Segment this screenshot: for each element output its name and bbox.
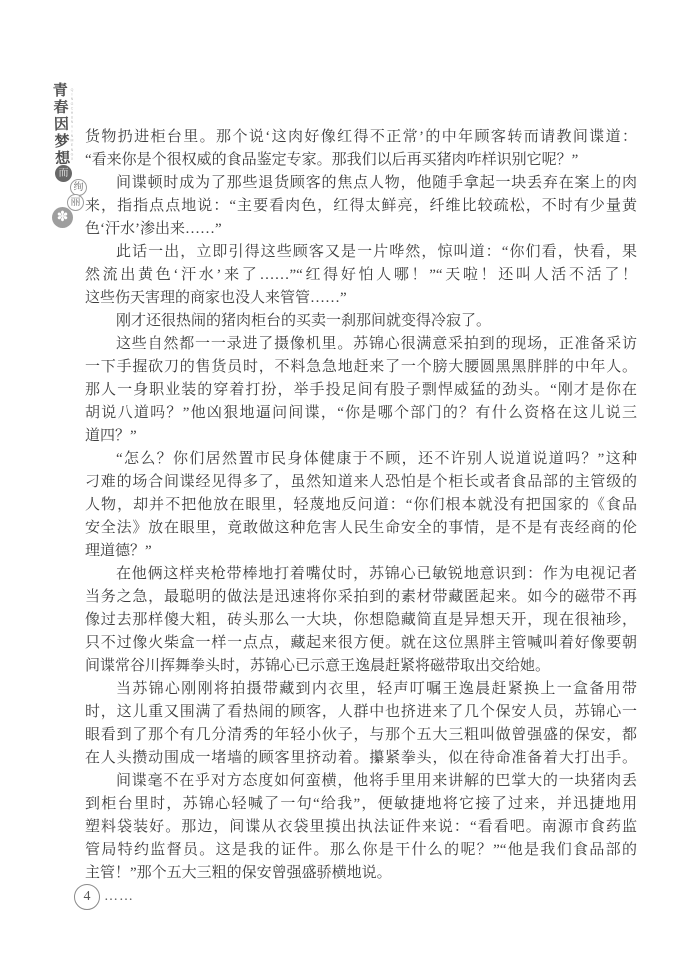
text-line: 当苏锦心刚刚将拍摄带藏到内衣里，轻声叮嘱王逸晨赶紧换上一盒备用带 — [85, 678, 637, 701]
text-line: 刚才还很热闹的猪肉柜台的买卖一刹那间就变得冷寂了。 — [85, 310, 637, 333]
text-line: 主管！”那个五大三粗的保安曾强盛骄横地说。 — [85, 862, 637, 885]
book-page: 青春因梦想 QINGCHUNYINMENGXIANGERXUANLI 而 绚 丽… — [0, 0, 693, 969]
text-line: 道四？” — [85, 425, 637, 448]
text-line: 理道德？” — [85, 540, 637, 563]
logo-micro-text: QINGCHUNYINMENGXIANGERXUANLI — [70, 88, 74, 160]
text-line: 当务之急，最聪明的做法是迅速将你采拍到的素材带藏匿起来。如今的磁带不再 — [85, 586, 637, 609]
page-number-dots: …… — [104, 884, 134, 910]
logo-calligraphy-text: 青春因梦想 — [49, 82, 73, 168]
text-line: 间谍常谷川挥舞拳头时，苏锦心已示意王逸晨赶紧将磁带取出交给她。 — [85, 655, 637, 678]
text-line: 间谍毫不在乎对方态度如何蛮横，他将手里用来讲解的巴掌大的一块猪肉丢 — [85, 770, 637, 793]
text-line: 在人头攒动围成一堵墙的顾客里挤动着。攥紧拳头，似在待命准备着大打出手。 — [85, 747, 637, 770]
text-line: 货物扔进柜台里。那个说‘这肉好像红得不正常’的中年顾客转而请教间谍道： — [85, 126, 637, 149]
text-line: 这些自然都一一录进了摄像机里。苏锦心很满意采拍到的现场，正准备采访 — [85, 333, 637, 356]
text-line: 只不过像火柴盒一样一点点，藏起来很方便。就在这位黑胖主管喊叫着好像要朝 — [85, 632, 637, 655]
text-line: 然流出黄色‘汗水’来了……”“红得好怕人哪！”“天啦！还叫人活不活了！ — [85, 264, 637, 287]
text-line: 安全法》放在眼里，竟敢做这种危害人民生命安全的事情，是不是有丧经商的伦 — [85, 517, 637, 540]
text-line: 像过去那样傻大粗，砖头那么一大块，你想隐藏简直是异想天开，现在很袖珍， — [85, 609, 637, 632]
text-line: “看来你是个很权威的食品鉴定专家。那我们以后再买猪肉咋样识别它呢？” — [85, 149, 637, 172]
body-text: 货物扔进柜台里。那个说‘这肉好像红得不正常’的中年顾客转而请教间谍道：“看来你是… — [85, 126, 637, 885]
text-line: 时，这儿重又围满了看热闹的顾客，人群中也挤进来了几个保安人员，苏锦心一 — [85, 701, 637, 724]
text-line: 此话一出，立即引得这些顾客又是一片哗然，惊叫道：“你们看，快看，果 — [85, 241, 637, 264]
text-line: 到柜台里时，苏锦心轻喊了一句“给我”，便敏捷地将它接了过来，并迅捷地用 — [85, 793, 637, 816]
text-line: 管局特约监督员。这是我的证件。那么你是干什么的呢？”“他是我们食品部的 — [85, 839, 637, 862]
text-line: 刁难的场合间谍经见得多了，虽然知道来人恐怕是个柜长或者食品部的主管级的 — [85, 471, 637, 494]
text-line: 胡说八道吗？”他凶狠地逼问间谍，“你是哪个部门的？有什么资格在这儿说三 — [85, 402, 637, 425]
text-line: 这些伤天害理的商家也没人来管管……” — [85, 287, 637, 310]
text-line: 色‘汗水’渗出来……” — [85, 218, 637, 241]
logo-circled-char: 而 — [55, 165, 72, 182]
page-footer: 4 …… — [74, 883, 134, 911]
text-line: 眼看到了那个有几分清秀的年轻小伙子，与那个五大三粗叫做曾强盛的保安，都 — [85, 724, 637, 747]
text-line: 塑料袋装好。那边，间谍从衣袋里摸出执法证件来说：“看看吧。南源市食药监 — [85, 816, 637, 839]
text-line: 人物，却并不把他放在眼里，轻蔑地反问道：“你们根本就没有把国家的《食品 — [85, 494, 637, 517]
text-line: “怎么？你们居然置市民身体健康于不顾，还不许别人说道说道吗？”这种 — [85, 448, 637, 471]
text-line: 一下手握砍刀的售货员时，不料急急地赶来了一个膀大腰圆黑黑胖胖的中年人。 — [85, 356, 637, 379]
text-line: 那人一身职业装的穿着打扮，举手投足间有股子剽悍威猛的劲头。“刚才是你在 — [85, 379, 637, 402]
logo-circled-char: 丽 — [67, 194, 84, 211]
text-line: 在他俩这样夹枪带棒地打着嘴仗时，苏锦心已敏锐地意识到：作为电视记者 — [85, 563, 637, 586]
text-line: 来，指指点点地说：“主要看肉色，红得太鲜亮，纤维比较疏松，不时有少量黄 — [85, 195, 637, 218]
text-line: 间谍顿时成为了那些退货顾客的焦点人物，他随手拿起一块丢弃在案上的肉 — [85, 172, 637, 195]
flower-stamp-icon: ✽ — [52, 207, 73, 228]
page-number: 4 — [74, 884, 100, 910]
